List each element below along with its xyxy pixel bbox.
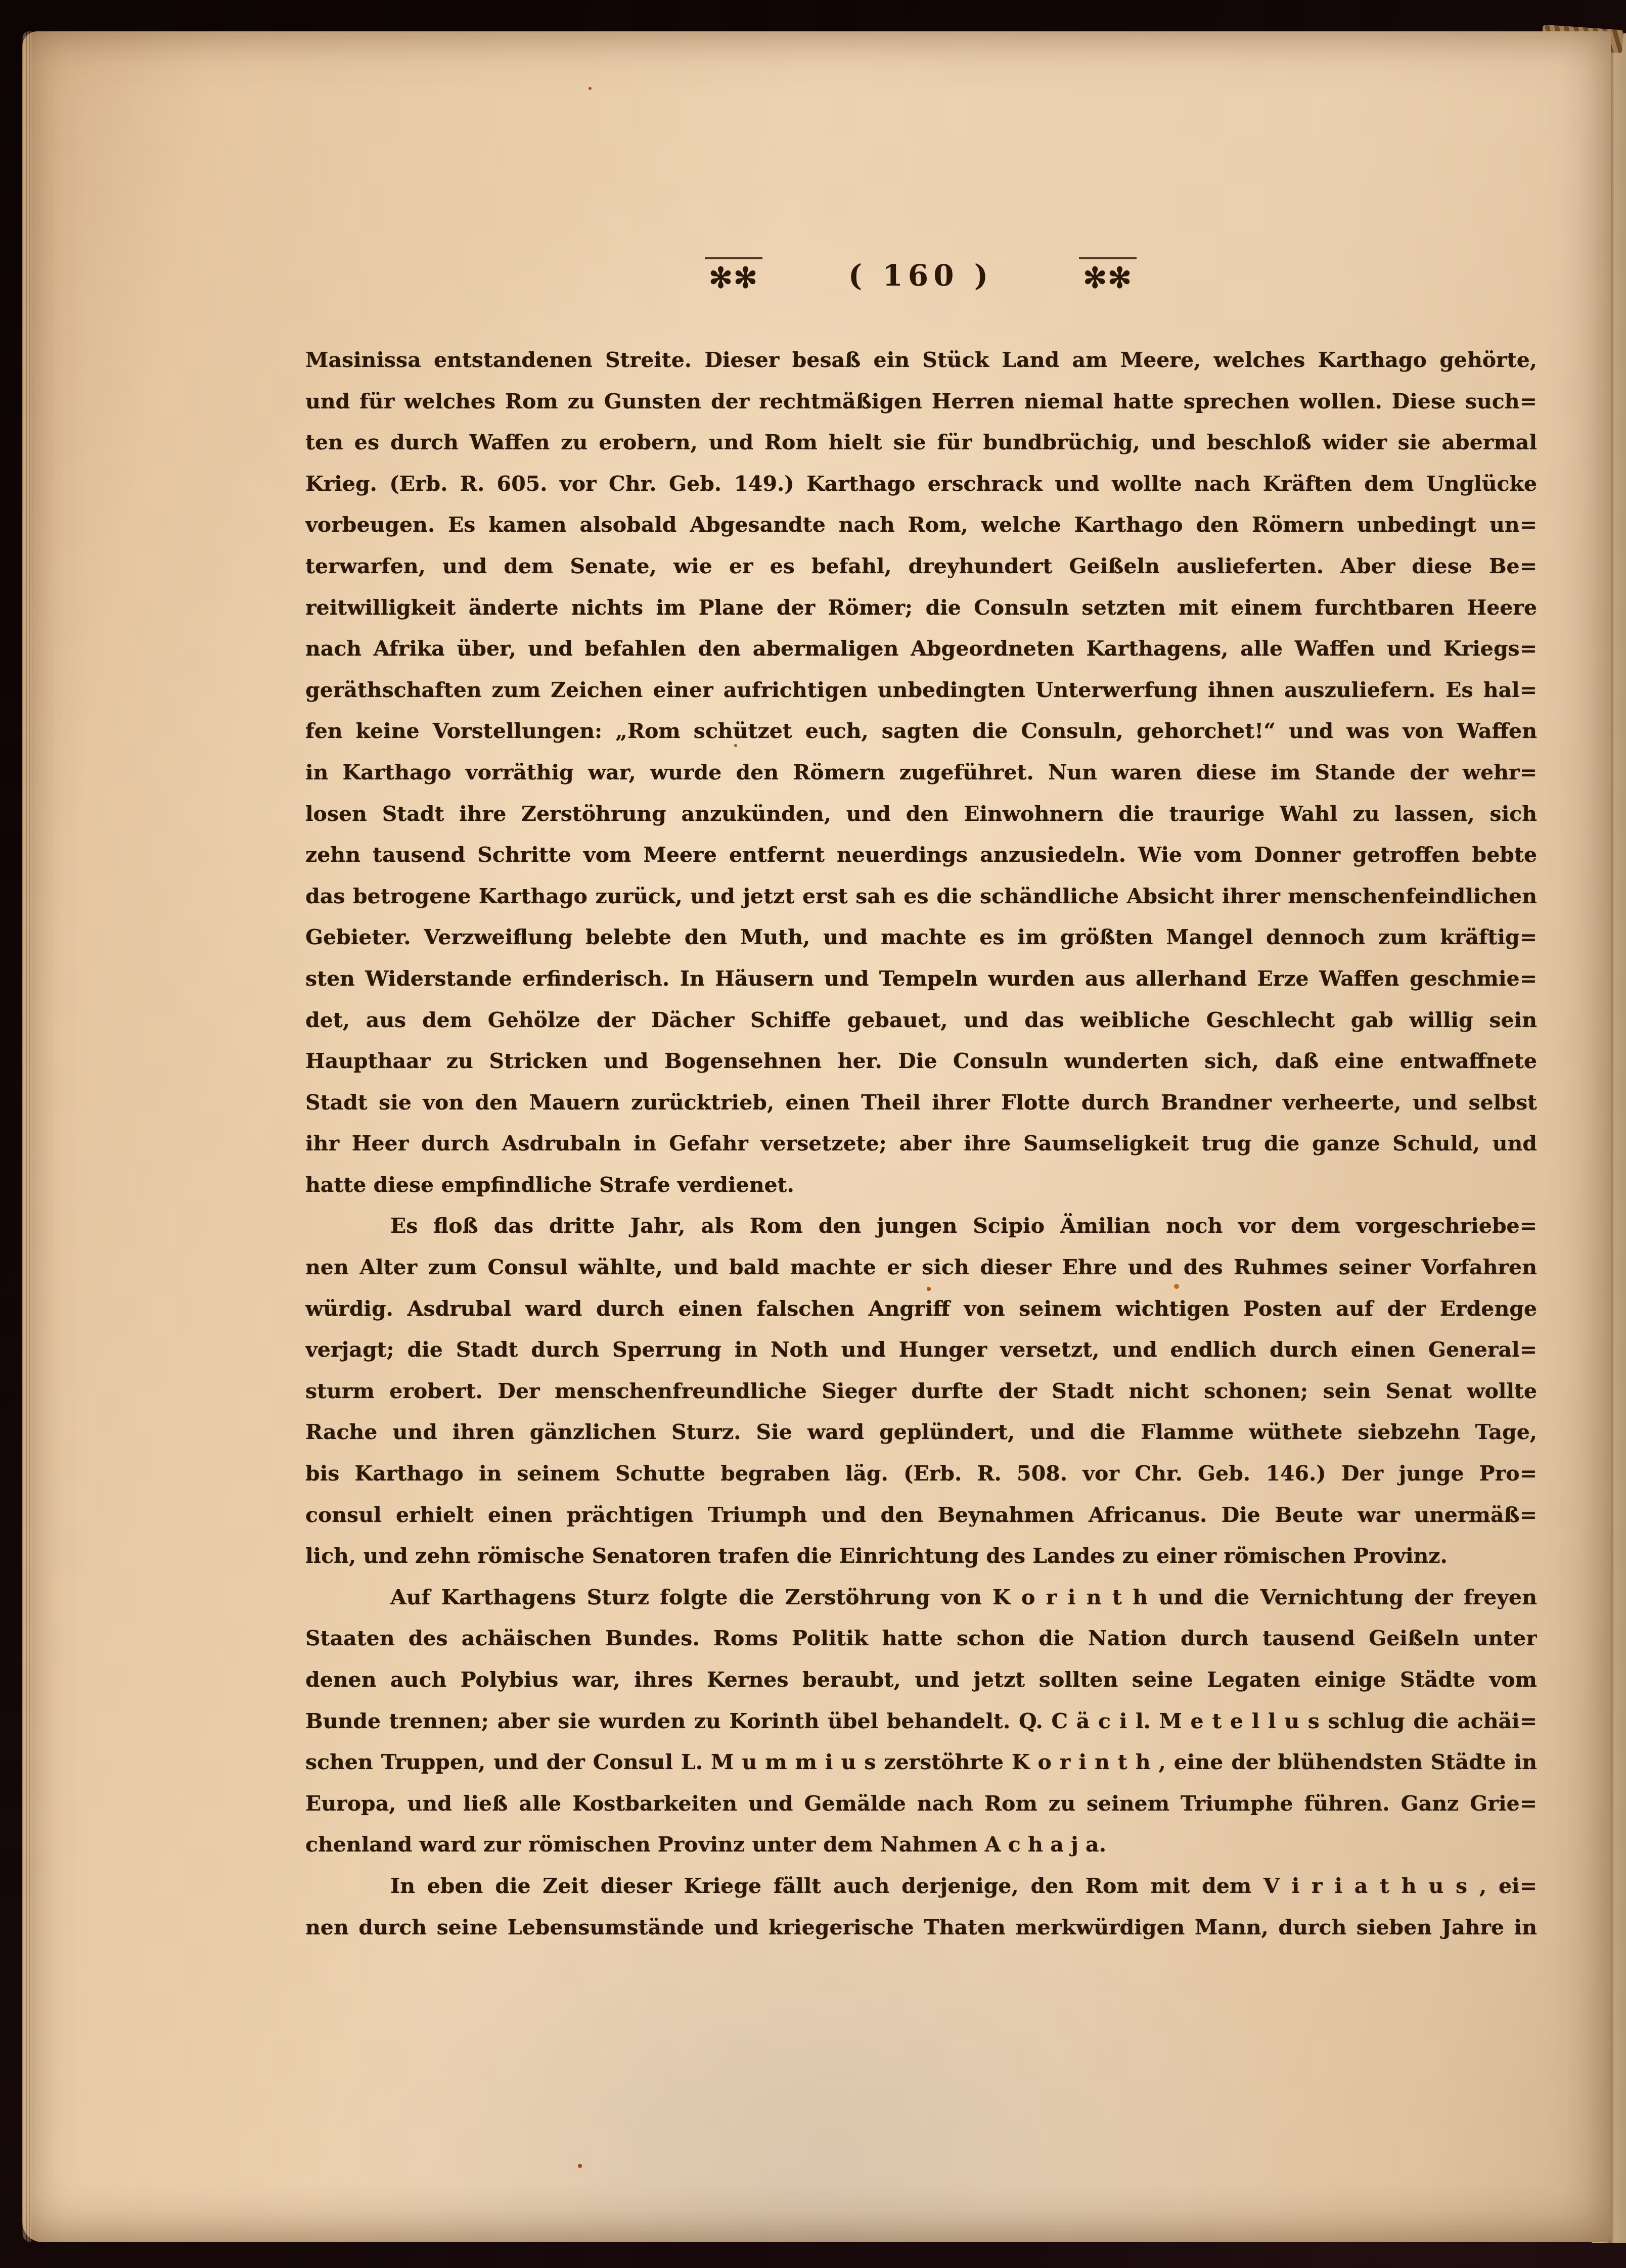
text-line: würdig. Asdrubal ward durch einen falsch… (305, 1288, 1537, 1330)
book-scan: { "document": { "header": { "ornament_le… (0, 0, 1626, 2268)
text-line: Auf Karthagens Sturz folgte die Zerstöhr… (305, 1577, 1537, 1618)
text-line: Masinissa entstandenen Streite. Dieser b… (305, 340, 1537, 381)
text-line: Bunde trennen; aber sie wurden zu Korint… (305, 1701, 1537, 1742)
page-number: ( 160 ) (848, 257, 993, 294)
text-line: terwarfen, und dem Senate, wie er es bef… (305, 546, 1537, 587)
text-line: und für welches Rom zu Gunsten der recht… (305, 381, 1537, 423)
text-line: Europa, und ließ alle Kostbarkeiten und … (305, 1783, 1537, 1825)
text-line: Es floß das dritte Jahr, als Rom den jun… (305, 1206, 1537, 1247)
text-line: Stadt sie von den Mauern zurücktrieb, ei… (305, 1082, 1537, 1124)
text-line: verjagt; die Stadt durch Sperrung in Not… (305, 1329, 1537, 1371)
paper-speck (589, 87, 592, 90)
text-line: lich, und zehn römische Senatoren trafen… (305, 1536, 1537, 1577)
text-line: schen Truppen, und der Consul L. M u m m… (305, 1742, 1537, 1783)
text-line: sten Widerstande erfinderisch. In Häuser… (305, 958, 1537, 1000)
text-line: nen durch seine Lebensumstände und krieg… (305, 1907, 1537, 1949)
text-line: hatte diese empfindliche Strafe verdiene… (305, 1165, 1537, 1206)
body-text: Masinissa entstandenen Streite. Dieser b… (305, 340, 1537, 1948)
text-line: fen keine Vorstellungen: „Rom schützet e… (305, 711, 1537, 752)
text-line: ihr Heer durch Asdrubaln in Gefahr verse… (305, 1123, 1537, 1165)
text-line: sturm erobert. Der menschenfreundliche S… (305, 1371, 1537, 1412)
header-ornament-left: ✻✻ (705, 257, 762, 294)
text-line: bis Karthago in seinem Schutte begraben … (305, 1453, 1537, 1495)
text-line: vorbeugen. Es kamen alsobald Abgesandte … (305, 504, 1537, 546)
text-line: Haupthaar zu Stricken und Bogensehnen he… (305, 1041, 1537, 1082)
text-line: chenland ward zur römischen Provinz unte… (305, 1824, 1537, 1866)
text-line: ten es durch Waffen zu erobern, und Rom … (305, 422, 1537, 464)
header-ornament-right: ✻✻ (1079, 257, 1137, 294)
text-line: Gebieter. Verzweiflung belebte den Muth,… (305, 917, 1537, 958)
text-line: nen Alter zum Consul wählte, und bald ma… (305, 1247, 1537, 1288)
text-line: In eben die Zeit dieser Kriege fällt auc… (305, 1866, 1537, 1907)
text-line: denen auch Polybius war, ihres Kernes be… (305, 1659, 1537, 1701)
text-line: Staaten des achäischen Bundes. Roms Poli… (305, 1618, 1537, 1659)
text-line: det, aus dem Gehölze der Dächer Schiffe … (305, 1000, 1537, 1041)
text-line: in Karthago vorräthig war, wurde den Röm… (305, 752, 1537, 794)
text-line: Rache und ihren gänzlichen Sturz. Sie wa… (305, 1412, 1537, 1453)
text-line: reitwilligkeit änderte nichts im Plane d… (305, 587, 1537, 629)
book-page: ✻✻ ( 160 ) ✻✻ Masinissa entstandenen Str… (22, 31, 1611, 2242)
text-line: Krieg. (Erb. R. 605. vor Chr. Geb. 149.)… (305, 464, 1537, 505)
text-line: nach Afrika über, und befahlen den aberm… (305, 628, 1537, 670)
text-line: consul erhielt einen prächtigen Triumph … (305, 1495, 1537, 1536)
page-edge-left (22, 31, 31, 2242)
text-line: losen Stadt ihre Zerstöhrung anzukünden,… (305, 794, 1537, 835)
page-header: ✻✻ ( 160 ) ✻✻ (304, 257, 1537, 313)
text-line: geräthschaften zum Zeichen einer aufrich… (305, 670, 1537, 711)
text-line: das betrogene Karthago zurück, und jetzt… (305, 876, 1537, 917)
text-line: zehn tausend Schritte vom Meere entfernt… (305, 835, 1537, 876)
